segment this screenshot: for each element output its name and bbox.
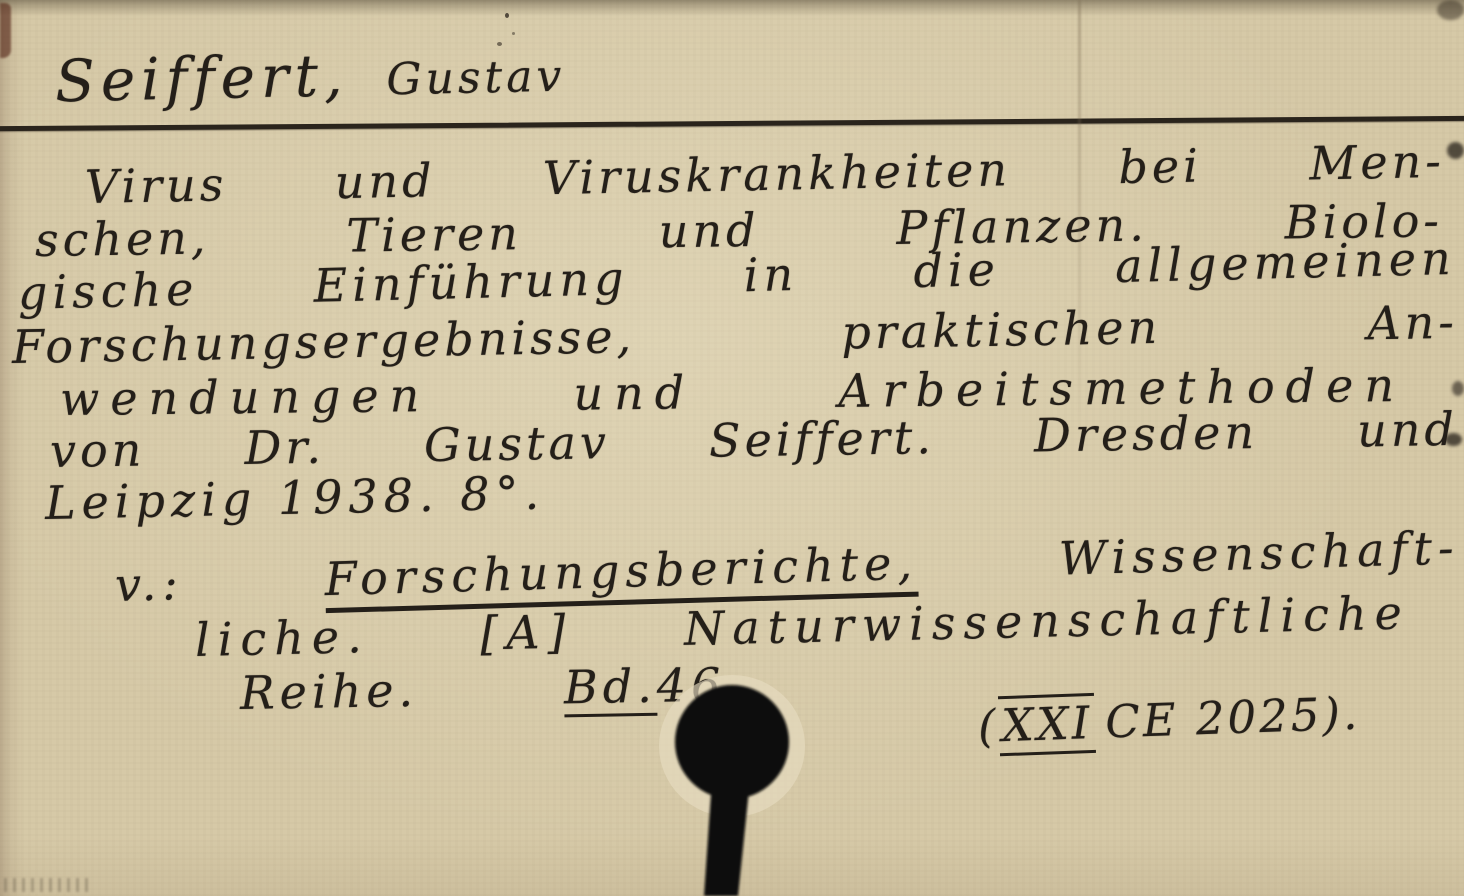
shelfmark-code: CE 2025 [1104, 688, 1323, 749]
shelfmark-close-paren: ). [1321, 687, 1361, 741]
heading-forename: Gustav [386, 51, 566, 106]
edge-smudge-right-1 [1447, 142, 1464, 159]
ink-speck [497, 42, 502, 46]
ink-speck [505, 13, 509, 18]
reference-line2-start: liche. [194, 609, 370, 667]
catalog-card-scan: { "card": { "heading": { "surname": "Sei… [0, 0, 1464, 896]
shelfmark-open-paren: ( [977, 699, 999, 753]
reference-prefix: v.: [114, 556, 184, 612]
heading-author: Seiffert,Gustav [54, 37, 565, 116]
hole-punch [640, 660, 840, 896]
hole-punch-graphic [640, 660, 840, 896]
ink-speck [512, 32, 515, 35]
hole-punch-hole [675, 685, 789, 799]
shelfmark: (XXICE 2025). [977, 687, 1361, 753]
bottom-left-speckle [4, 878, 90, 892]
reference-bracket-note: [A] [480, 604, 574, 660]
edge-smudge-right-3 [1445, 433, 1462, 446]
edge-smudge-right-2 [1452, 381, 1464, 396]
corner-stain [0, 3, 11, 58]
shelfmark-roman-numeral: XXI [998, 693, 1097, 756]
edge-smudge-top-right [1437, 0, 1464, 20]
heading-surname: Seiffert, [54, 41, 349, 115]
header-rule [0, 116, 1464, 131]
reference-series-part: Reihe. [240, 663, 419, 720]
reference-line1-rest: Wissenschaft- [1058, 520, 1460, 585]
paper-crease [1078, 0, 1081, 430]
